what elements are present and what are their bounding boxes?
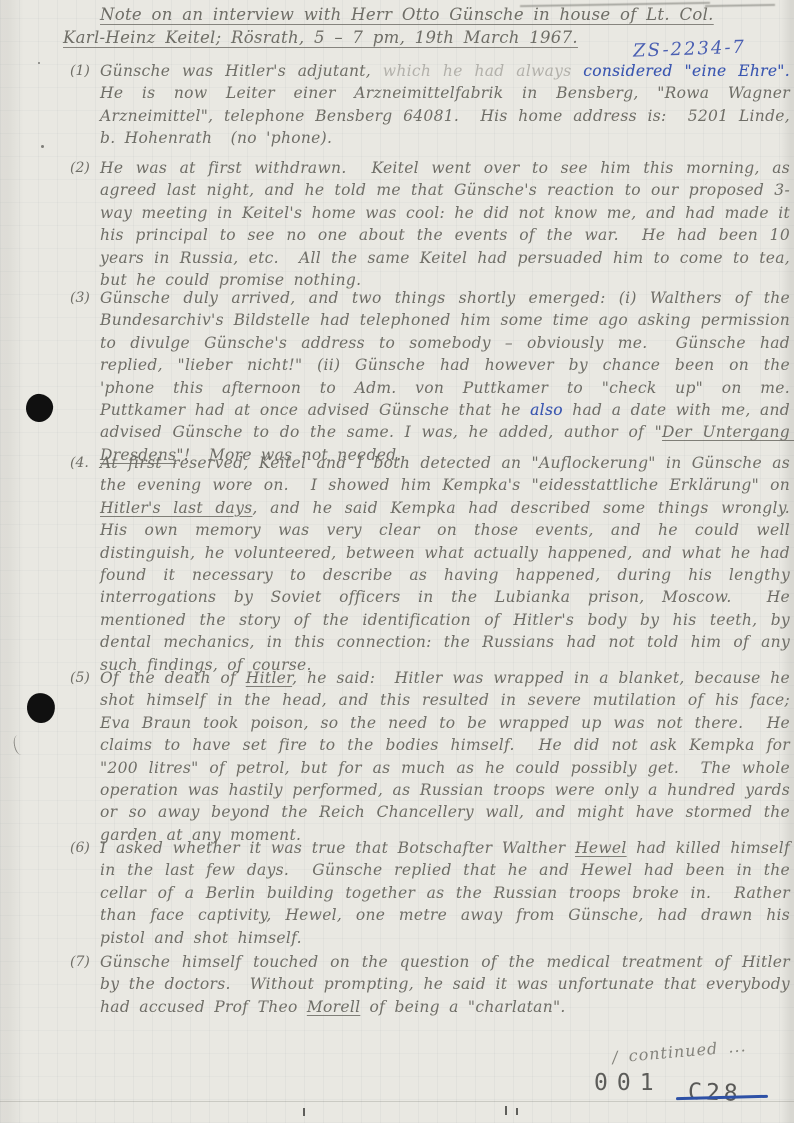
bottom-tick-mark (303, 1108, 305, 1116)
text-segment: Of the death of (100, 669, 246, 687)
text-segment: Hitler's last days (100, 499, 252, 517)
paragraph-number: (3) (70, 287, 90, 309)
paper-bottom-edge (0, 1101, 794, 1102)
bottom-tick-mark (505, 1106, 507, 1115)
text-segment: Günsche duly arrived, and two things sho… (100, 289, 794, 419)
paragraph-number: (7) (70, 951, 90, 973)
paragraph-5: (5)Of the death of Hitler, he said: Hitl… (100, 667, 790, 846)
paragraph-1: (1)Günsche was Hitler's adjutant, which … (100, 60, 790, 150)
paragraph-number: (4. (70, 452, 89, 474)
text-segment: , he said: Hitler was wrapped in a blank… (100, 669, 794, 844)
paragraph-number: (6) (70, 837, 90, 859)
text-segment: Hitler (246, 669, 292, 687)
text-segment: , and he said Kempka had described some … (100, 499, 794, 674)
stray-pencil-mark (12, 734, 27, 756)
text-segment: which he had always (383, 62, 583, 80)
hole-punch-top (24, 392, 55, 423)
paragraph-3: (3)Günsche duly arrived, and two things … (100, 287, 790, 466)
document-title-line-2: Karl-Heinz Keitel; Rösrath, 5 – 7 pm, 19… (63, 28, 578, 47)
continued-note: / continued ... (611, 1036, 747, 1067)
archive-reference-number: ZS-2234-7 (633, 35, 784, 61)
crossed-out-stamp: C28 (688, 1079, 742, 1107)
document-title-line-1: Note on an interview with Herr Otto Güns… (100, 5, 714, 24)
text-segment: Günsche was Hitler's adjutant, (100, 62, 383, 80)
text-segment: He was at first withdrawn. Keitel went o… (100, 159, 794, 289)
paragraph-4: (4.At first reserved, Keitel and I both … (100, 452, 790, 676)
top-edge-artifact (705, 0, 775, 10)
text-segment: Hewel (575, 839, 627, 857)
paragraph-2: (2)He was at first withdrawn. Keitel wen… (100, 157, 790, 291)
text-segment: of being a "charlatan". (360, 998, 565, 1016)
text-segment: I asked whether it was true that Botscha… (100, 839, 575, 857)
text-segment: also (530, 401, 563, 419)
paragraph-number: (2) (70, 157, 90, 179)
text-segment: At first reserved, Keitel and I both det… (100, 454, 794, 494)
paragraph-number: (5) (70, 667, 90, 689)
paragraph-6: (6)I asked whether it was true that Bots… (100, 837, 790, 949)
paper-speck (38, 62, 40, 64)
text-segment: considered "eine Ehre". (583, 62, 794, 80)
bottom-tick-mark (516, 1108, 518, 1115)
paragraph-7: (7)Günsche himself touched on the questi… (100, 951, 790, 1018)
page-number-stamp: 001 (594, 1070, 663, 1096)
text-segment: He is now Leiter einer Arzneimittelfabri… (100, 84, 794, 147)
scanned-document-page: { "header": { "title_line1": "Note on an… (0, 0, 794, 1123)
paper-speck (41, 145, 44, 148)
hole-punch-bottom (26, 692, 57, 725)
paragraph-number: (1) (70, 60, 90, 82)
text-segment: Morell (307, 998, 361, 1016)
